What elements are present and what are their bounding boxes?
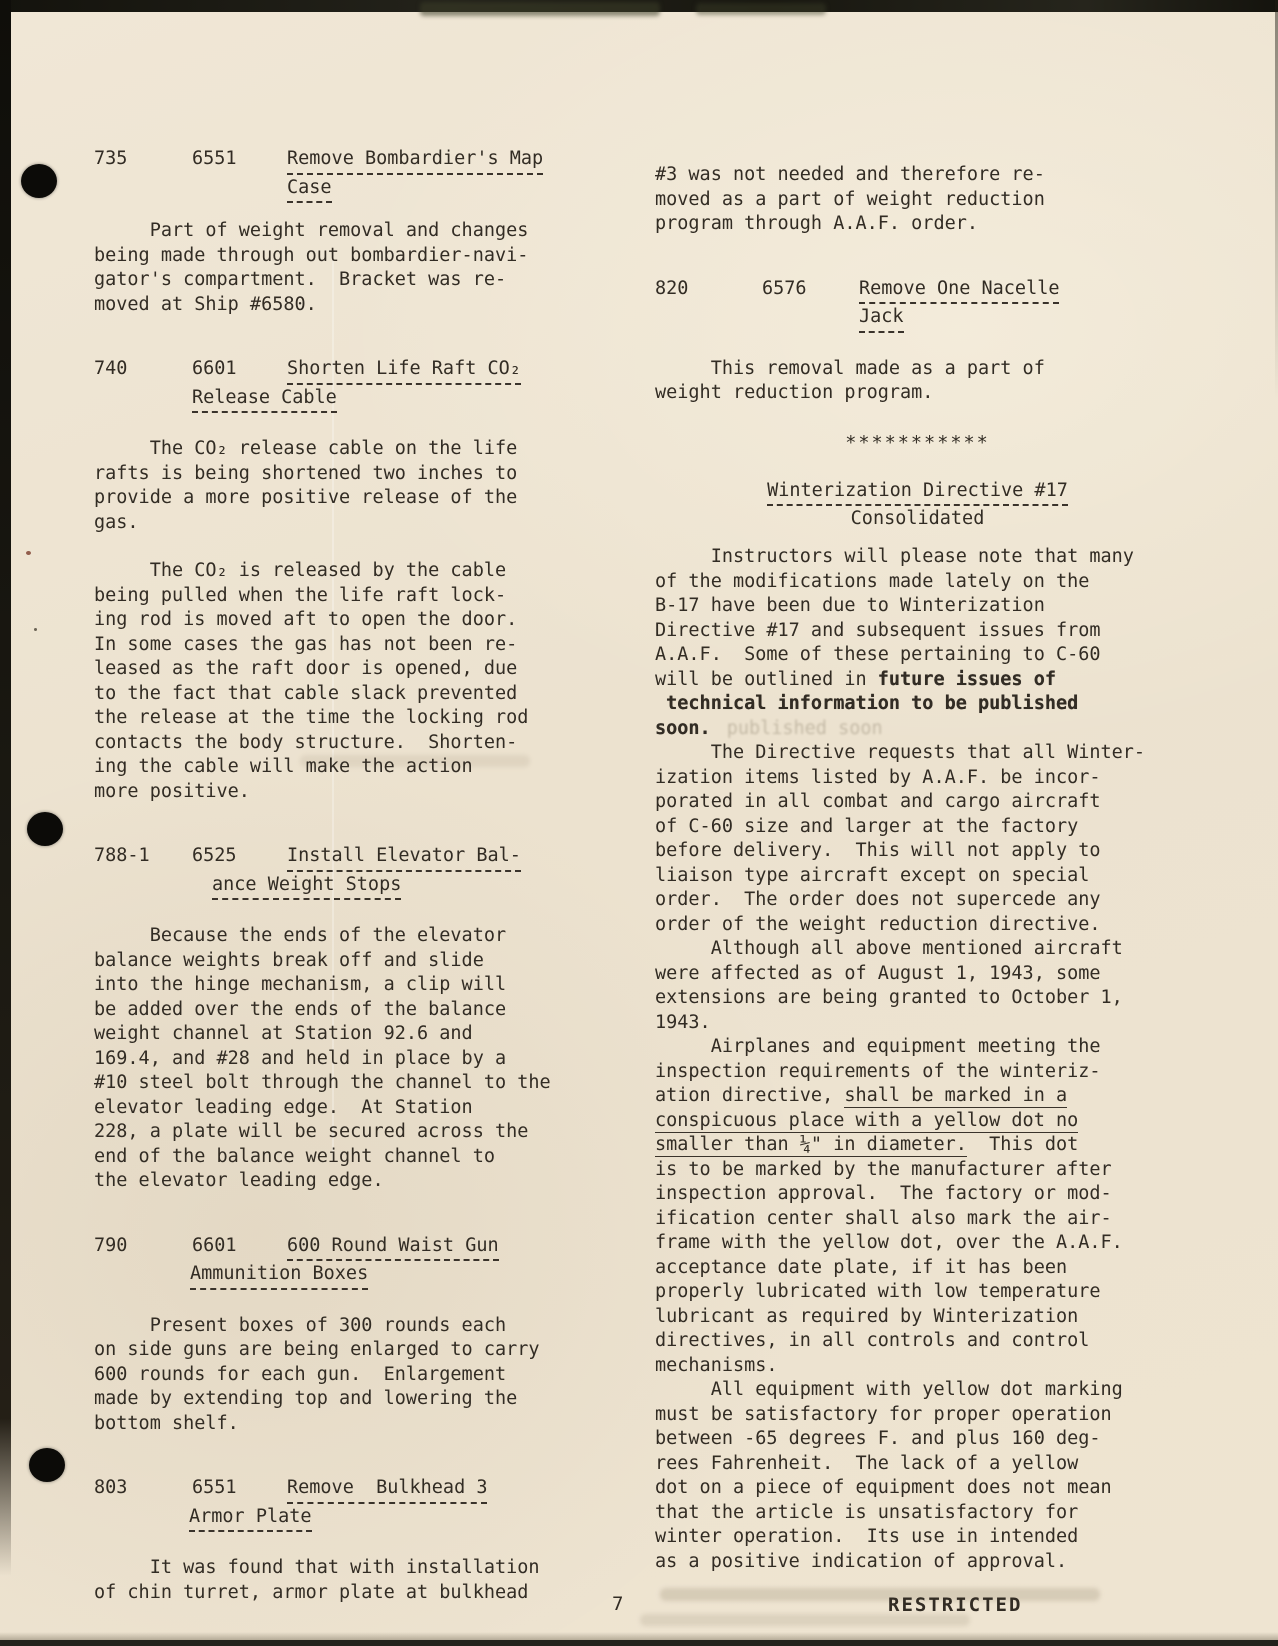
entry-title-line1: 600 Round Waist Gun <box>287 1234 499 1262</box>
entry-item-number: 740 <box>94 357 192 385</box>
entry-item-number: 735 <box>94 147 192 175</box>
entry-code: 6601 <box>192 1234 287 1262</box>
paragraph: All equipment with yellow dot marking mu… <box>655 1378 1180 1574</box>
paragraph: This removal made as a part of weight re… <box>655 357 1180 406</box>
paper-speck <box>34 628 37 631</box>
entry-header: 803 6551 Remove Bulkhead 3 <box>94 1476 606 1504</box>
entry-title-line1: Remove Bombardier's Map <box>287 147 543 175</box>
entry-title-line1: Shorten Life Raft CO₂ <box>287 357 521 385</box>
paragraph-line: ation directive, shall be marked in a <box>655 1084 1180 1109</box>
bleed-through-smudge <box>660 1588 1100 1601</box>
paragraph-lines: Airplanes and equipment meeting the insp… <box>655 1035 1180 1084</box>
entry-header: 790 6601 600 Round Waist Gun <box>94 1234 606 1262</box>
classification-stamp: RESTRICTED <box>888 1594 1022 1616</box>
entry-title-line2: Ammunition Boxes <box>190 1262 368 1290</box>
paragraph: Although all above mentioned aircraft we… <box>655 937 1180 1035</box>
entry-790: 790 6601 600 Round Waist Gun Ammunition … <box>94 1234 606 1437</box>
entry-item-number: 820 <box>655 277 762 305</box>
entry-title-line2: Case <box>287 176 332 204</box>
paragraph: The Directive requests that all Winter- … <box>655 741 1180 937</box>
entry-title-line2: Jack <box>859 305 904 333</box>
scan-edge-bottom <box>0 1640 1278 1646</box>
underlined-text: conspicuous place with a yellow dot no <box>655 1110 1078 1133</box>
entry-header: 820 6576 Remove One Nacelle <box>655 277 1180 305</box>
entry-code: 6601 <box>192 357 287 385</box>
entry-code: 6551 <box>192 147 287 175</box>
entry-title-line1: Remove One Nacelle <box>859 277 1059 305</box>
paragraph-line: soon.published soon <box>655 717 1180 742</box>
hole-punch <box>27 812 63 846</box>
underlined-text: smaller than ¼" in diameter. <box>655 1134 967 1157</box>
paragraph-line: will be outlined in future issues of <box>655 668 1180 693</box>
overtyped-bold-text: future issues of <box>878 669 1056 690</box>
section-heading-line2: Consolidated <box>655 506 1180 531</box>
overtyped-bold-text: technical information to be published <box>655 692 1180 717</box>
paragraph: Part of weight removal and changes being… <box>94 219 606 317</box>
entry-735: 735 6551 Remove Bombardier's Map Case Pa… <box>94 147 606 317</box>
entry-820: 820 6576 Remove One Nacelle Jack This re… <box>655 277 1180 406</box>
paragraph: Present boxes of 300 rounds each on side… <box>94 1314 606 1437</box>
entry-header: 788-1 6525 Install Elevator Bal- <box>94 844 606 872</box>
entry-item-number: 790 <box>94 1234 192 1262</box>
scan-edge-left <box>0 0 11 1576</box>
section-heading: Winterization Directive #17 Consolidated <box>655 478 1180 531</box>
entry-header: 735 6551 Remove Bombardier's Map <box>94 147 606 175</box>
entry-title-line2: ance Weight Stops <box>212 873 401 901</box>
paragraph: The CO₂ release cable on the life rafts … <box>94 437 606 535</box>
paragraph: The CO₂ is released by the cable being p… <box>94 559 606 804</box>
asterisk-divider: *********** <box>655 432 1180 457</box>
entry-code: 6576 <box>762 277 859 305</box>
entry-title-line1: Install Elevator Bal- <box>287 844 521 872</box>
paper-speck <box>26 551 31 555</box>
entry-code: 6525 <box>192 844 287 872</box>
section-heading-line1: Winterization Directive #17 <box>767 478 1068 506</box>
underlined-text: shall be marked in a <box>844 1085 1067 1108</box>
paragraph: It was found that with installation of c… <box>94 1556 606 1605</box>
entry-title-line1: Remove Bulkhead 3 <box>287 1476 487 1504</box>
left-column: 735 6551 Remove Bombardier's Map Case Pa… <box>94 147 606 1605</box>
entry-title-line2: Armor Plate <box>189 1505 312 1533</box>
paragraph-lines: is to be marked by the manufacturer afte… <box>655 1158 1180 1379</box>
erased-ghost-text: published soon <box>727 718 883 739</box>
overtyped-bold-text: soon. <box>655 718 711 739</box>
paragraph: Because the ends of the elevator balance… <box>94 924 606 1194</box>
page-number: 7 <box>612 1593 623 1615</box>
hole-punch <box>21 164 57 198</box>
entry-item-number: 803 <box>94 1476 192 1504</box>
scan-edge-top <box>0 0 1278 12</box>
entry-803: 803 6551 Remove Bulkhead 3 Armor Plate I… <box>94 1476 606 1605</box>
entry-title-line2: Release Cable <box>192 386 337 414</box>
scan-edge-bottom-shadow <box>0 1632 1278 1640</box>
paragraph-lines: Instructors will please note that many o… <box>655 545 1180 668</box>
entry-item-number: 788-1 <box>94 844 192 872</box>
continuation-paragraph: #3 was not needed and therefore re- move… <box>655 163 1180 237</box>
paragraph-line: smaller than ¼" in diameter. This dot <box>655 1133 1180 1158</box>
entry-header: 740 6601 Shorten Life Raft CO₂ <box>94 357 606 385</box>
scanned-document: { "page": { "number": "7", "classificati… <box>0 0 1278 1646</box>
right-column: #3 was not needed and therefore re- move… <box>655 163 1180 1574</box>
hole-punch <box>29 1448 65 1482</box>
paragraph-line: conspicuous place with a yellow dot no <box>655 1109 1180 1134</box>
entry-788-1: 788-1 6525 Install Elevator Bal- ance We… <box>94 844 606 1194</box>
entry-code: 6551 <box>192 1476 287 1504</box>
paragraph: Airplanes and equipment meeting the insp… <box>655 1035 1180 1378</box>
entry-740: 740 6601 Shorten Life Raft CO₂ Release C… <box>94 357 606 804</box>
paragraph: Instructors will please note that many o… <box>655 545 1180 741</box>
